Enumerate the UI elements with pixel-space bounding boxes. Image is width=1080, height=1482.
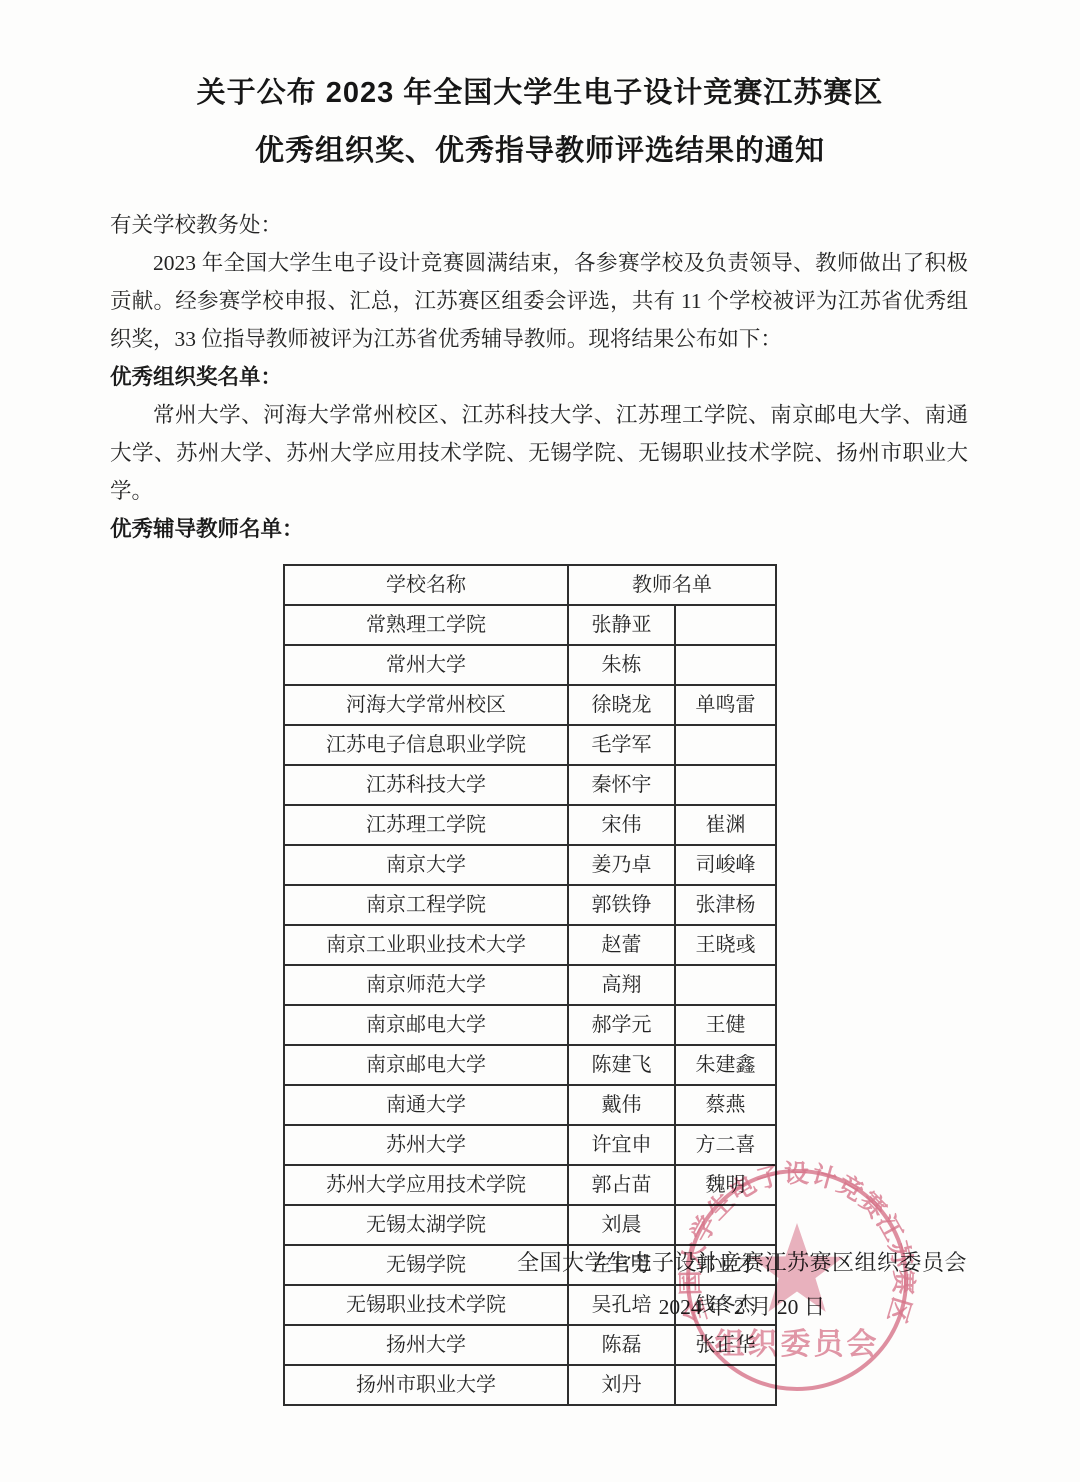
table-row: 南京工程学院郭铁铮张津杨 — [284, 885, 776, 925]
table-row: 扬州大学陈磊张正华 — [284, 1325, 776, 1365]
school-name-header: 学校名称 — [284, 565, 568, 605]
table-row: 常熟理工学院张静亚 — [284, 605, 776, 645]
school-cell: 南京工业职业技术大学 — [284, 925, 568, 965]
teacher-cell: 刘丹 — [568, 1365, 675, 1405]
school-cell: 南京工程学院 — [284, 885, 568, 925]
teacher-cell: 刘晨 — [568, 1205, 675, 1245]
teacher-cell: 张正华 — [675, 1325, 776, 1365]
teacher-cell — [675, 645, 776, 685]
table-row: 南京工业职业技术大学赵蕾王晓彧 — [284, 925, 776, 965]
teacher-cell: 张津杨 — [675, 885, 776, 925]
teacher-cell: 张静亚 — [568, 605, 675, 645]
document-title: 关于公布 2023 年全国大学生电子设计竞赛江苏赛区 优秀组织奖、优秀指导教师评… — [0, 0, 1080, 170]
school-cell: 扬州大学 — [284, 1325, 568, 1365]
school-cell: 南通大学 — [284, 1085, 568, 1125]
committee-name: 全国大学生电子设计竞赛江苏赛区组织委员会 — [514, 1248, 970, 1278]
school-cell: 常州大学 — [284, 645, 568, 685]
teacher-cell: 王健 — [675, 1005, 776, 1045]
teacher-cell: 郭铁铮 — [568, 885, 675, 925]
teacher-cell: 姜乃卓 — [568, 845, 675, 885]
table-row: 江苏理工学院宋伟崔渊 — [284, 805, 776, 845]
teacher-cell: 郭占苗 — [568, 1165, 675, 1205]
teacher-cell: 高翔 — [568, 965, 675, 1005]
school-cell: 无锡太湖学院 — [284, 1205, 568, 1245]
teacher-list-heading: 优秀辅导教师名单： — [110, 510, 968, 548]
table-row: 扬州市职业大学刘丹 — [284, 1365, 776, 1405]
intro-paragraph: 2023 年全国大学生电子设计竞赛圆满结束，各参赛学校及负责领导、教师做出了积极… — [110, 244, 968, 358]
teacher-cell: 朱建鑫 — [675, 1045, 776, 1085]
school-cell: 南京邮电大学 — [284, 1045, 568, 1085]
teacher-cell: 崔渊 — [675, 805, 776, 845]
school-cell: 南京大学 — [284, 845, 568, 885]
table-row: 南京大学姜乃卓司峻峰 — [284, 845, 776, 885]
school-cell: 扬州市职业大学 — [284, 1365, 568, 1405]
teacher-cell: 郝学元 — [568, 1005, 675, 1045]
teacher-cell: 宋伟 — [568, 805, 675, 845]
teacher-cell: 王晓彧 — [675, 925, 776, 965]
teacher-cell — [675, 1365, 776, 1405]
teacher-cell: 陈磊 — [568, 1325, 675, 1365]
school-cell: 南京邮电大学 — [284, 1005, 568, 1045]
teacher-cell — [675, 725, 776, 765]
notice-document-page: 关于公布 2023 年全国大学生电子设计竞赛江苏赛区 优秀组织奖、优秀指导教师评… — [0, 0, 1080, 1482]
table-row: 南京邮电大学郝学元王健 — [284, 1005, 776, 1045]
table-header-row: 学校名称 教师名单 — [284, 565, 776, 605]
teacher-cell: 毛学军 — [568, 725, 675, 765]
table-row: 无锡太湖学院刘晨 — [284, 1205, 776, 1245]
school-cell: 南京师范大学 — [284, 965, 568, 1005]
teacher-cell — [675, 1205, 776, 1245]
table-row: 常州大学朱栋 — [284, 645, 776, 685]
school-cell: 常熟理工学院 — [284, 605, 568, 645]
teacher-cell: 陈建飞 — [568, 1045, 675, 1085]
school-cell: 河海大学常州校区 — [284, 685, 568, 725]
table-row: 苏州大学应用技术学院郭占苗魏明 — [284, 1165, 776, 1205]
table-row: 南京邮电大学陈建飞朱建鑫 — [284, 1045, 776, 1085]
school-cell: 苏州大学应用技术学院 — [284, 1165, 568, 1205]
teacher-cell: 朱栋 — [568, 645, 675, 685]
teacher-cell: 方二喜 — [675, 1125, 776, 1165]
school-cell: 江苏电子信息职业学院 — [284, 725, 568, 765]
table-row: 江苏电子信息职业学院毛学军 — [284, 725, 776, 765]
school-cell: 江苏理工学院 — [284, 805, 568, 845]
teacher-cell: 单鸣雷 — [675, 685, 776, 725]
table-row: 南京师范大学高翔 — [284, 965, 776, 1005]
signature-block: 全国大学生电子设计竞赛江苏赛区组织委员会 2024 年 2 月 20 日 — [514, 1248, 970, 1321]
teacher-cell — [675, 605, 776, 645]
teacher-cell: 秦怀宇 — [568, 765, 675, 805]
title-line-2: 优秀组织奖、优秀指导教师评选结果的通知 — [0, 132, 1080, 170]
table-row: 河海大学常州校区徐晓龙单鸣雷 — [284, 685, 776, 725]
teacher-cell: 许宜申 — [568, 1125, 675, 1165]
table-row: 南通大学戴伟蔡燕 — [284, 1085, 776, 1125]
table-row: 苏州大学许宜申方二喜 — [284, 1125, 776, 1165]
school-cell: 江苏科技大学 — [284, 765, 568, 805]
teacher-cell: 戴伟 — [568, 1085, 675, 1125]
org-award-heading: 优秀组织奖名单： — [110, 358, 968, 396]
teacher-cell: 魏明 — [675, 1165, 776, 1205]
teacher-cell: 徐晓龙 — [568, 685, 675, 725]
teacher-list-header: 教师名单 — [568, 565, 776, 605]
title-line-1: 关于公布 2023 年全国大学生电子设计竞赛江苏赛区 — [0, 74, 1080, 112]
teacher-cell — [675, 765, 776, 805]
salutation: 有关学校教务处： — [110, 206, 968, 244]
teacher-cell — [675, 965, 776, 1005]
teacher-cell: 赵蕾 — [568, 925, 675, 965]
table-row: 江苏科技大学秦怀宇 — [284, 765, 776, 805]
school-cell: 苏州大学 — [284, 1125, 568, 1165]
document-body: 有关学校教务处： 2023 年全国大学生电子设计竞赛圆满结束，各参赛学校及负责领… — [110, 206, 968, 1406]
teacher-cell: 蔡燕 — [675, 1085, 776, 1125]
teacher-cell: 司峻峰 — [675, 845, 776, 885]
signature-date: 2024 年 2 月 20 日 — [514, 1290, 970, 1321]
org-award-list: 常州大学、河海大学常州校区、江苏科技大学、江苏理工学院、南京邮电大学、南通大学、… — [110, 396, 968, 510]
